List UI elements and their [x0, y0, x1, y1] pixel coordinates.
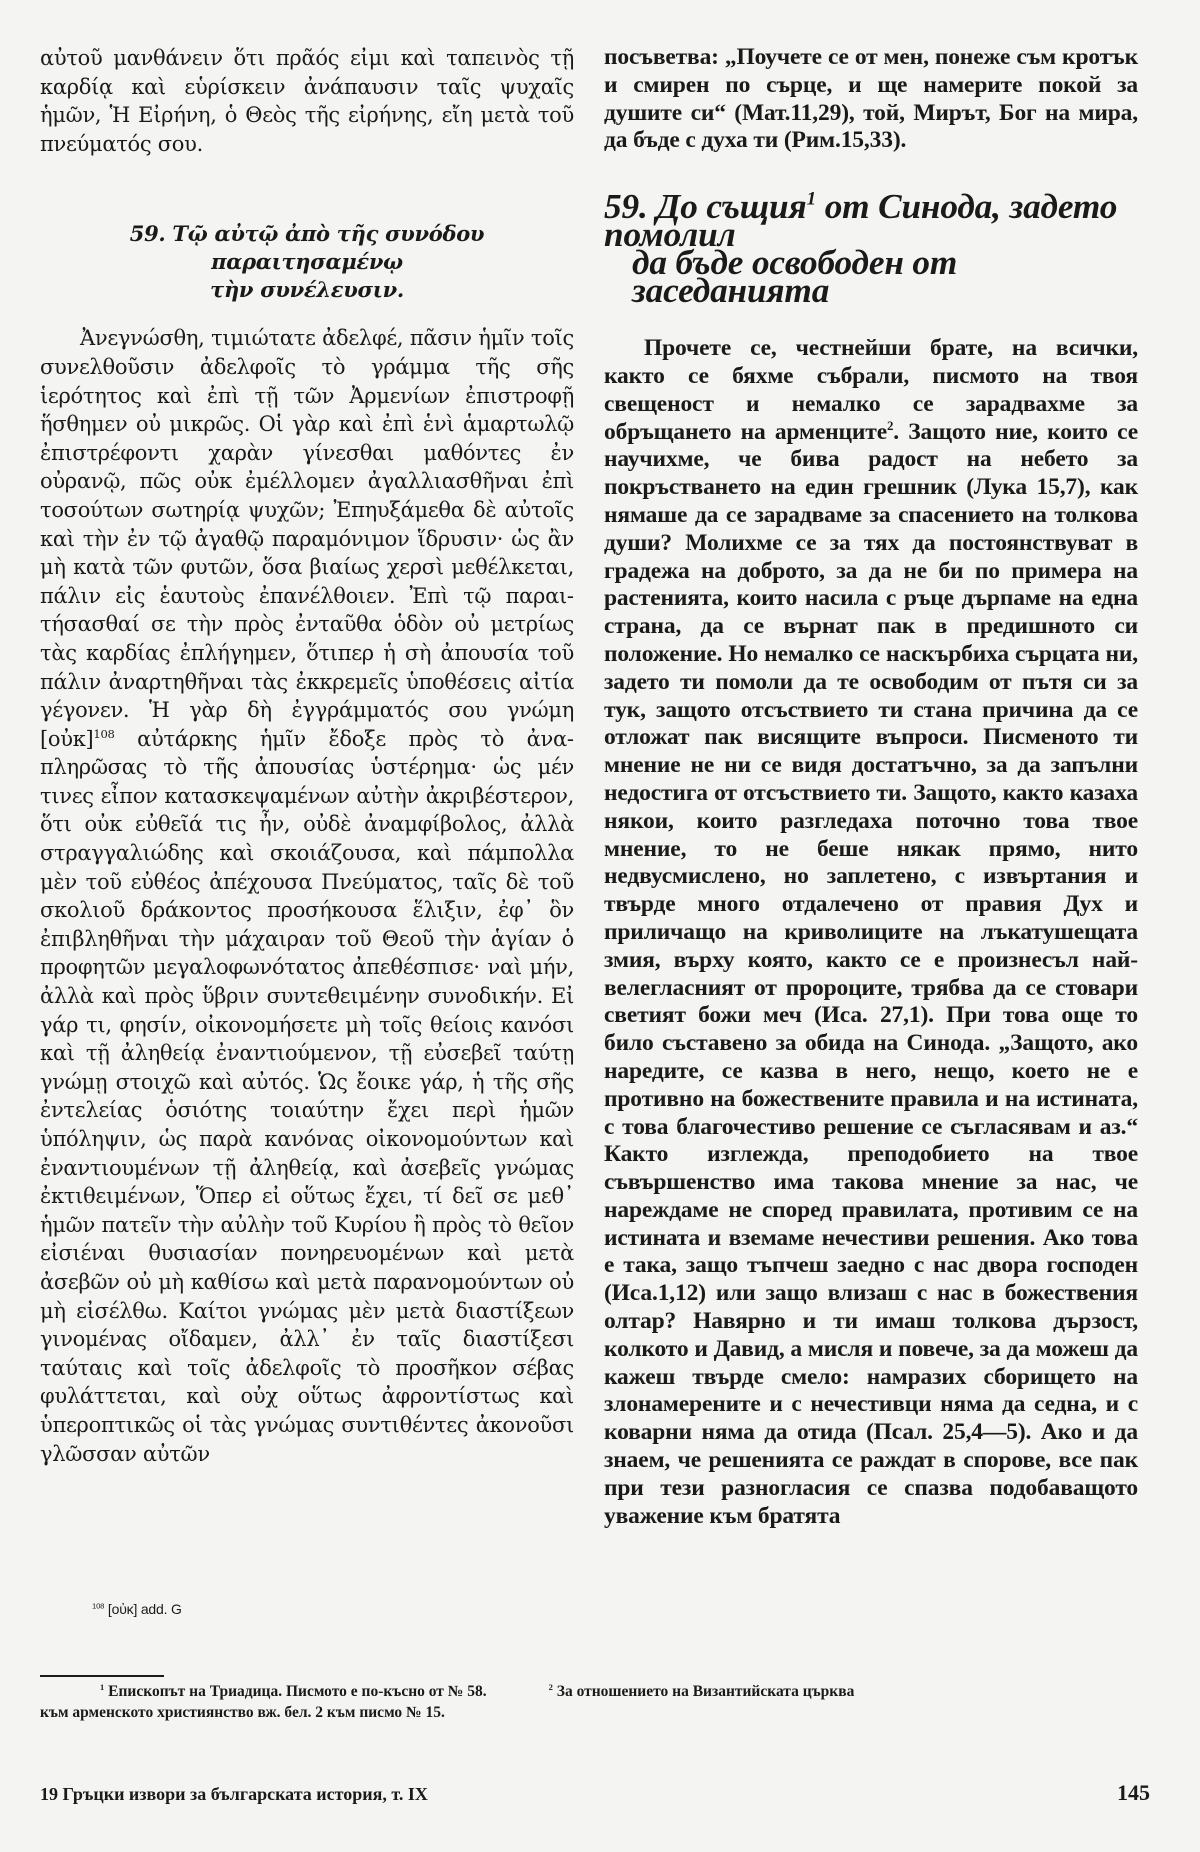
footnote-1: 1 Епископът на Триадица. Писмото е по-къ…: [40, 1683, 487, 1700]
bulgarian-heading-line2: да бъде освободен от заседанията: [604, 249, 1138, 305]
bulgarian-body-paragraph: Прочете се, честнейши брате, на всички, …: [604, 335, 1138, 1530]
footnote-reference-1[interactable]: 1: [806, 189, 816, 210]
footnote-reference-108[interactable]: 108: [93, 727, 114, 741]
greek-intro-paragraph: αὐτοῦ μανθάνειν ὅτι πρᾶός εἰμι καὶ ταπει…: [40, 44, 574, 158]
footnote-1-text: Епископът на Триадица. Писмото е по-късн…: [104, 1683, 486, 1700]
greek-body-part1: Ἀνεγνώσθη, τιμιώτατε ἀδελφέ, πᾶσιν ἡμῖν …: [40, 326, 574, 750]
footnote-separator: [40, 1675, 164, 1677]
bulgarian-letter-heading: 59. До същия1 от Синода, задето помолил …: [604, 193, 1138, 305]
greek-heading-line2: τὴν συνέλευσιν.: [210, 277, 404, 302]
greek-text-column: αὐτοῦ μανθάνειν ὅτι πρᾶός εἰμι καὶ ταπει…: [40, 44, 574, 1468]
footnote-2: 2 За отношението на Византийската църква: [487, 1683, 855, 1700]
footnote-2-continuation: към арменското християнство вж. бел. 2 к…: [40, 1702, 1150, 1723]
greek-body-paragraph: Ἀνεγνώσθη, τιμιώτατε ἀδελφέ, πᾶσιν ἡμῖν …: [40, 324, 574, 1468]
apparatus-text: [οὐκ] add. G: [104, 1601, 181, 1617]
bulgarian-text-column: посъветва: „Поучете се от мен, понеже съ…: [604, 44, 1138, 1530]
greek-body-part2: αὐτάρκης ἡμῖν ἔδοξε πρὸς τὸ ἀνα­πληρῶσας…: [40, 727, 574, 1466]
greek-letter-heading: 59. Τῷ αὐτῷ ἀπὸ τῆς συνόδου παραιτησαμέν…: [40, 220, 574, 304]
apparatus-ref: 108: [92, 1602, 104, 1611]
signature-mark: 19 Гръцки извори за българската история,…: [40, 1784, 428, 1805]
footnote-2-text: За отношението на Византийската църква: [553, 1683, 854, 1700]
bulgarian-intro-paragraph: посъветва: „Поучете се от мен, понеже съ…: [604, 44, 1138, 155]
critical-apparatus-note: 108 [οὐκ] add. G: [92, 1601, 182, 1617]
page-number: 145: [1117, 1780, 1150, 1806]
greek-heading-line1: 59. Τῷ αὐτῷ ἀπὸ τῆς συνόδου παραιτησαμέν…: [130, 221, 484, 274]
footnotes: 1 Епископът на Триадица. Писмото е по-къ…: [40, 1681, 1150, 1723]
bulgarian-body-part2: . Защото ние, които се научихме, че бива…: [604, 419, 1138, 1529]
book-page: αὐτοῦ μανθάνειν ὅτι πρᾶός εἰμι καὶ ταπει…: [0, 0, 1200, 1852]
